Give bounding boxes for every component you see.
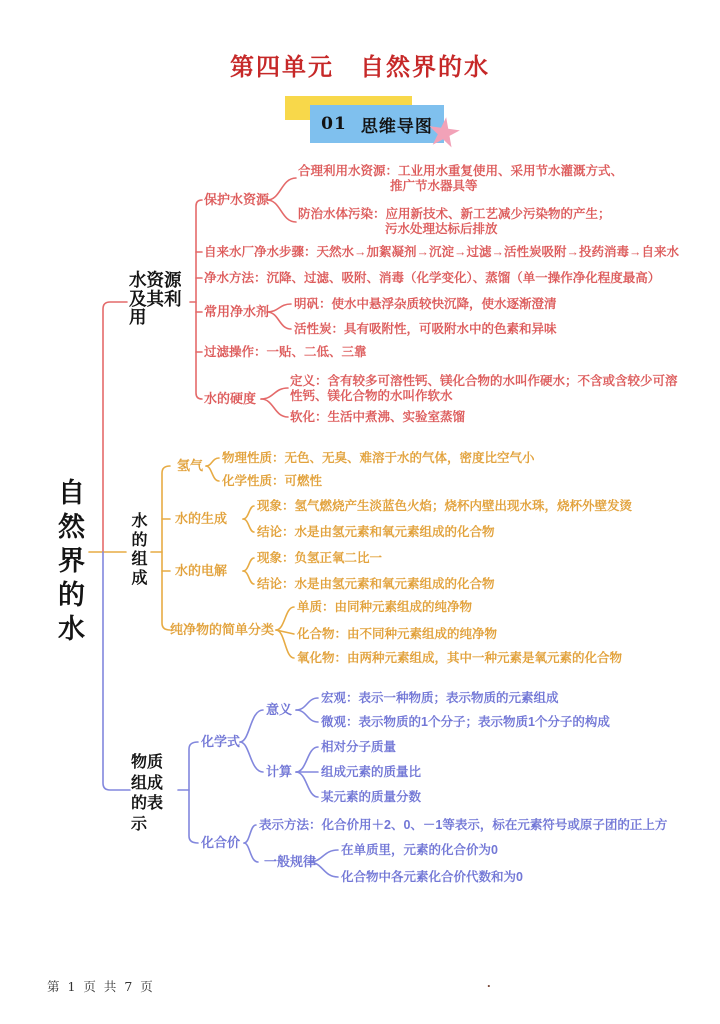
node-water-hardness: 水的硬度	[204, 391, 256, 407]
leaf-rational-use-line2: 推广节水器具等	[390, 178, 478, 194]
node-pure-substance-classification: 纯净物的简单分类	[170, 622, 274, 638]
stray-mark: .	[487, 975, 491, 990]
leaf-h2-physical: 物理性质：无色、无臭、难溶于水的气体，密度比空气小	[222, 450, 535, 466]
branch1-connector-lines	[103, 178, 296, 552]
leaf-softening: 软化：生活中煮沸、实验室蒸馏	[290, 409, 465, 425]
leaf-pollution-control-line2: 污水处理达标后排放	[385, 221, 498, 237]
leaf-hardness-def-line2: 性钙、镁化合物的水叫作软水	[290, 388, 453, 404]
node-hydrogen: 氢气	[177, 458, 203, 474]
leaf-electrolysis-conclusion: 结论：水是由氢元素和氧元素组成的化合物	[257, 576, 495, 592]
node-water-generation: 水的生成	[175, 511, 227, 527]
leaf-micro-meaning: 微观：表示物质的1个分子；表示物质1个分子的构成	[321, 714, 610, 730]
leaf-oxide: 氧化物：由两种元素组成，其中一种元素是氧元素的化合物	[297, 650, 622, 666]
branch-water-composition: 水的组成	[126, 512, 149, 602]
node-valence: 化合价	[201, 835, 240, 851]
leaf-generation-phenomenon: 现象：氢气燃烧产生淡蓝色火焰；烧杯内壁出现水珠，烧杯外壁发烫	[257, 498, 632, 514]
leaf-h2-chemical: 化学性质：可燃性	[222, 473, 322, 489]
node-chemical-formula: 化学式	[201, 734, 240, 750]
leaf-activated-carbon: 活性炭：具有吸附性，可吸附水中的色素和异味	[294, 321, 557, 337]
leaf-rational-use-line1: 合理利用水资源：工业用水重复使用、采用节水灌溉方式、	[298, 163, 623, 179]
node-protect-water: 保护水资源	[204, 192, 269, 208]
leaf-filter-operation: 过滤操作：一贴、二低、三靠	[204, 344, 367, 360]
leaf-rule-element-zero: 在单质里，元素的化合价为0	[341, 842, 498, 858]
leaf-relative-molecular-mass: 相对分子质量	[321, 739, 396, 755]
leaf-valence-notation: 表示方法：化合价用＋2、0、－1等表示，标在元素符号或原子团的正上方	[259, 817, 667, 833]
node-meaning: 意义	[266, 702, 292, 718]
leaf-mass-ratio: 组成元素的质量比	[321, 764, 421, 780]
node-common-agents: 常用净水剂	[204, 304, 269, 320]
leaf-macro-meaning: 宏观：表示一种物质；表示物质的元素组成	[321, 690, 559, 706]
root-node: 自然界的水	[50, 478, 89, 658]
leaf-hardness-def-line1: 定义：含有较多可溶性钙、镁化合物的水叫作硬水；不含或含较少可溶	[290, 373, 678, 389]
leaf-tapwater-steps: 自来水厂净水步骤：天然水→加絮凝剂→沉淀→过滤→活性炭吸附→投药消毒→自来水	[204, 244, 679, 260]
branch-composition-representation: 物质组成的表示	[131, 753, 168, 835]
branch-water-resources: 水资源及其利用	[129, 271, 184, 327]
leaf-generation-conclusion: 结论：水是由氢元素和氧元素组成的化合物	[257, 524, 495, 540]
leaf-purify-methods: 净水方法：沉降、过滤、吸附、消毒（化学变化）、蒸馏（单一操作净化程度最高）	[204, 270, 660, 286]
node-water-electrolysis: 水的电解	[175, 563, 227, 579]
leaf-pollution-control-line1: 防治水体污染：应用新技术、新工艺减少污染物的产生；	[298, 206, 611, 222]
leaf-mass-fraction: 某元素的质量分数	[321, 789, 421, 805]
leaf-alum: 明矾：使水中悬浮杂质较快沉降，使水逐渐澄清	[294, 296, 557, 312]
page-number: 第 1 页 共 7 页	[47, 977, 155, 995]
leaf-rule-compound-sum-zero: 化合物中各元素化合价代数和为0	[341, 869, 523, 885]
node-calculation: 计算	[266, 764, 292, 780]
node-general-rules: 一般规律	[264, 854, 316, 870]
document-page: 第四单元 自然界的水 01 思维导图 ★	[0, 0, 720, 1024]
leaf-element: 单质：由同种元素组成的纯净物	[297, 599, 472, 615]
leaf-compound: 化合物：由不同种元素组成的纯净物	[297, 626, 497, 642]
leaf-electrolysis-phenomenon: 现象：负氢正氧二比一	[257, 550, 382, 566]
